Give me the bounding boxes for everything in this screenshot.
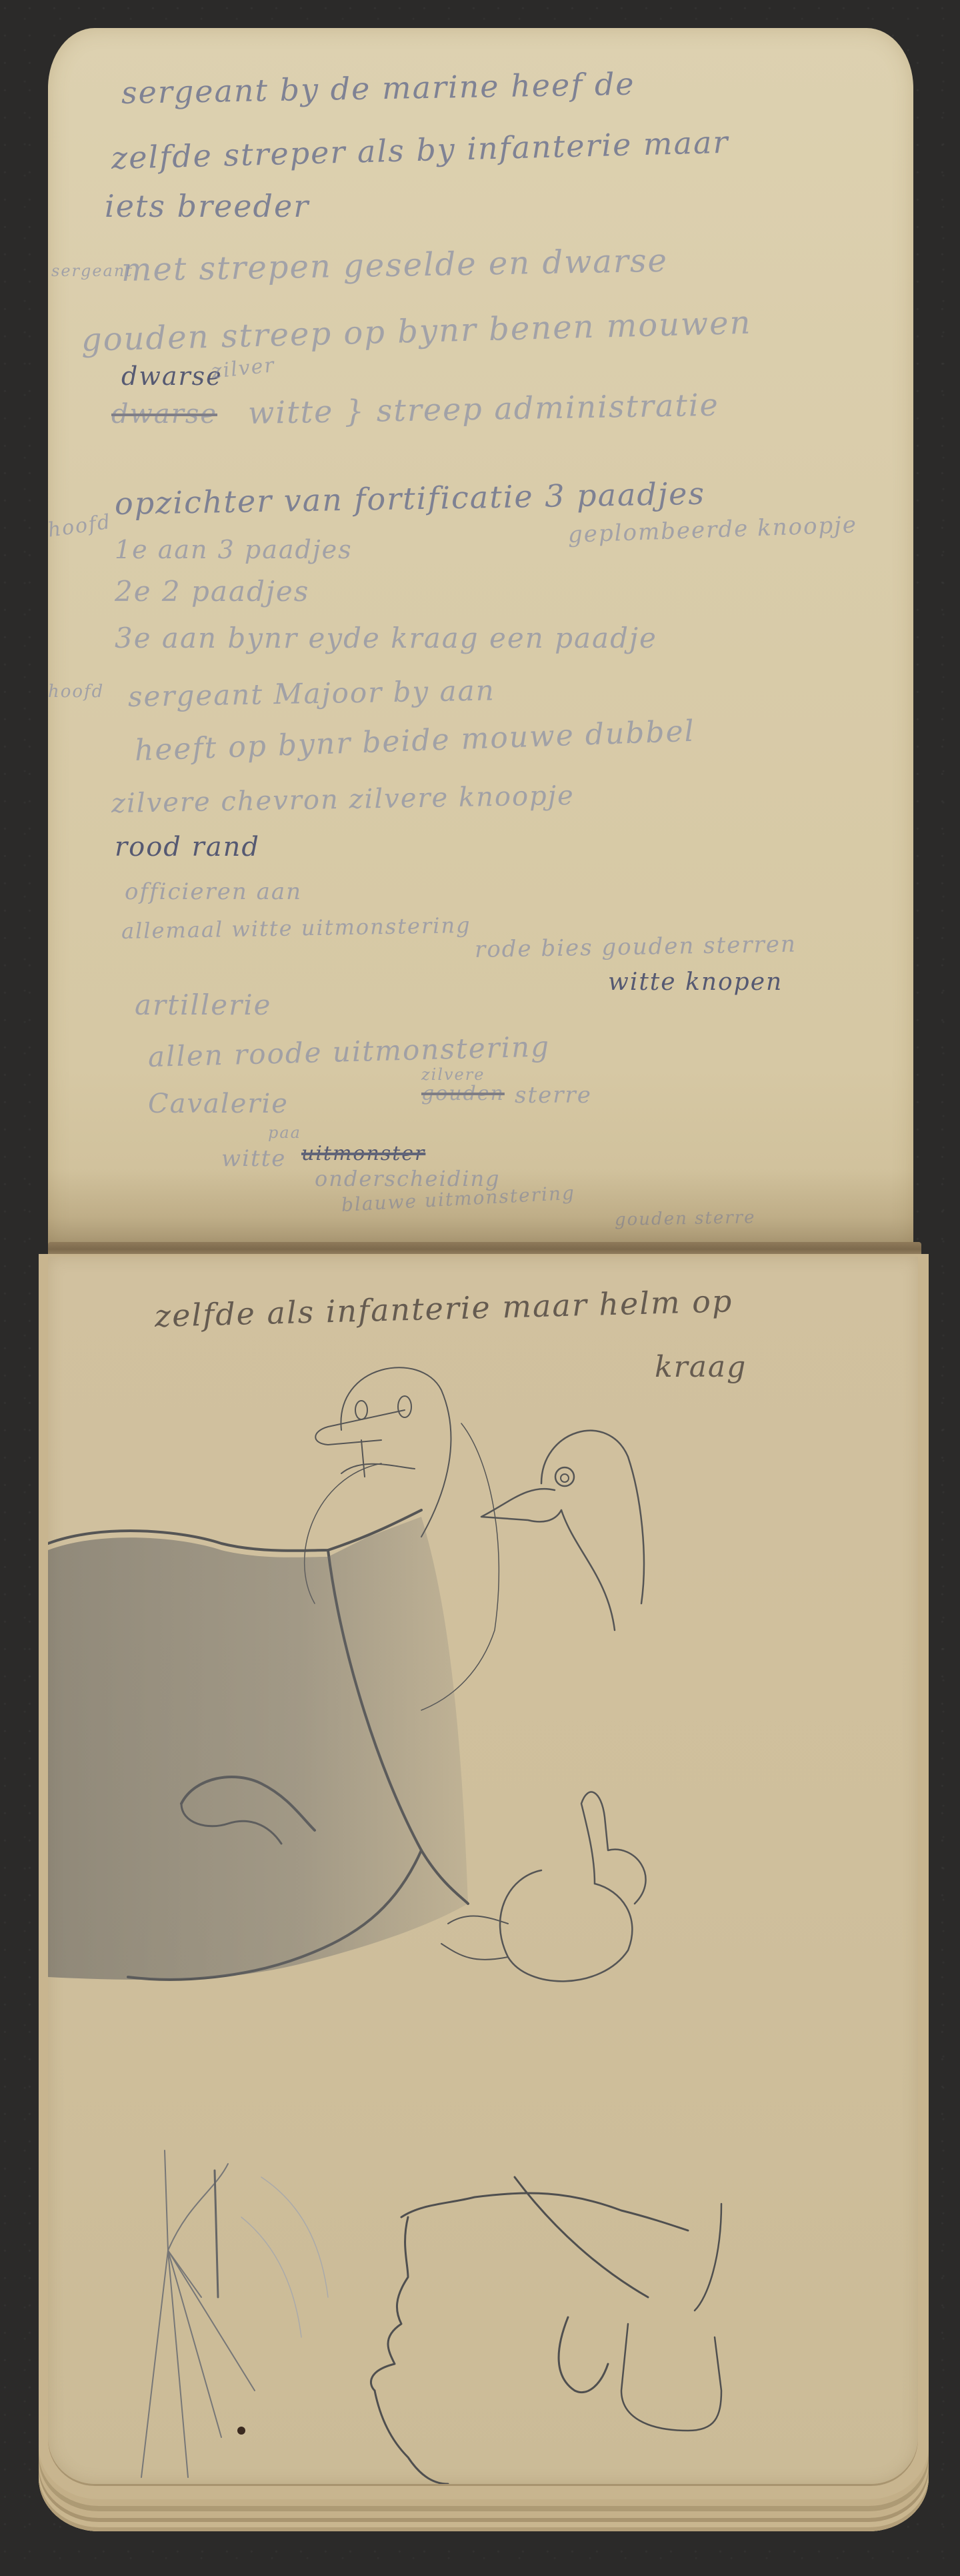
- handwritten-line: allen roode uitmonstering: [147, 1030, 550, 1073]
- handwritten-line: onderscheiding: [315, 1166, 501, 1191]
- margin-note: hoofd: [48, 510, 113, 542]
- handwritten-line: sergeant Majoor by aan: [128, 674, 495, 713]
- handwritten-line: witte knopen: [608, 969, 783, 996]
- small-bird-sketch: [441, 1792, 646, 1982]
- handwritten-line: officieren aan: [125, 878, 302, 905]
- handwritten-line: allemaal witte uitmonstering: [121, 912, 471, 944]
- handwritten-insertion: zilvere: [421, 1065, 485, 1084]
- handwritten-line: 2e 2 paadjes: [115, 575, 309, 608]
- handwritten-line: met strepen geselde en dwarse: [121, 242, 669, 289]
- bottom-page: zelfde als infanterie maar helm op kraag: [48, 1257, 918, 2484]
- handwritten-line: zilvere chevron zilvere knoopje: [111, 780, 575, 819]
- handwritten-line: rood rand: [115, 832, 260, 862]
- handwritten-line: geplombeerde knoopje: [567, 512, 857, 548]
- fan-lines-sketch: [141, 2150, 328, 2477]
- pencil-shading: [48, 1517, 468, 1980]
- handwritten-insertion: zilver: [210, 354, 276, 384]
- margin-note: hoofd: [48, 682, 104, 702]
- duck-sketch: [481, 1431, 644, 1630]
- handwritten-line: artillerie: [135, 989, 272, 1021]
- handwritten-line: sterre: [515, 1082, 592, 1109]
- ink-dot: [237, 2427, 245, 2435]
- handwritten-line: witte } streep administratie: [248, 387, 720, 431]
- struck-word: dwarse: [111, 399, 217, 430]
- pencil-sketches: [48, 1257, 918, 2484]
- handwritten-line: blauwe uitmonstering: [341, 1182, 575, 1216]
- handwritten-line: heeft op bynr beide mouwe dubbel: [134, 714, 695, 768]
- struck-word: gouden: [421, 1082, 505, 1105]
- top-page: sergeant by de marine heef de zelfde str…: [48, 28, 913, 1249]
- handwritten-line: iets breeder: [105, 188, 309, 224]
- handwritten-line: gouden streep op bynr benen mouwen: [81, 304, 752, 359]
- handwritten-line: sergeant by de marine heef de: [121, 66, 635, 111]
- handwritten-insertion: paa: [268, 1123, 301, 1142]
- handwritten-line: rode bies gouden sterren: [475, 931, 797, 963]
- handwritten-line: dwarse: [121, 362, 223, 391]
- profile-head-sketch: [371, 2177, 721, 2484]
- struck-word: uitmonster: [301, 1142, 425, 1165]
- handwritten-line: 3e aan bynr eyde kraag een paadje: [115, 622, 657, 654]
- handwritten-line: opzichter van fortificatie 3 paadjes: [115, 476, 706, 522]
- handwritten-line: witte: [221, 1145, 286, 1172]
- handwritten-line: zelfde streper als by infanterie maar: [111, 124, 729, 176]
- handwritten-line: 1e aan 3 paadjes: [115, 535, 353, 564]
- handwritten-line: Cavalerie: [148, 1089, 289, 1119]
- handwritten-line: gouden sterre: [615, 1207, 756, 1230]
